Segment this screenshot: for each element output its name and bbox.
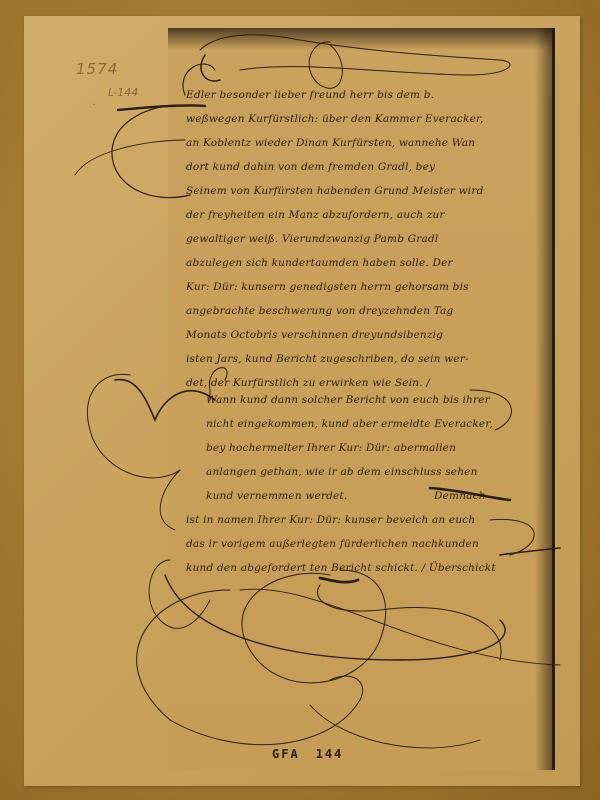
text-line: ist in namen Ihrer Kur: Dür: kunser beve… bbox=[186, 514, 475, 526]
text-line: anlangen gethan, wie ir ab dem einschlus… bbox=[206, 466, 478, 478]
text-line: isten Jars, kund Bericht zugeschriben, d… bbox=[186, 353, 469, 365]
text-line: Demnach bbox=[434, 490, 486, 502]
text-line: Seinem von Kurfürsten habenden Grund Mei… bbox=[186, 185, 484, 197]
text-line: kund den abgefordert ten Bericht schickt… bbox=[186, 562, 496, 574]
text-line: gewaltiger weiß. Vierundzwanzig Pamb Gra… bbox=[186, 233, 438, 245]
text-line: abzulegen sich kundertaumden haben solle… bbox=[186, 257, 453, 269]
stamp-number: 144 bbox=[316, 747, 344, 761]
text-line: an Koblentz wieder Dinan Kurfürsten, wan… bbox=[186, 137, 475, 149]
text-line: nicht eingekommen, kund aber ermeldte Ev… bbox=[206, 418, 493, 430]
text-line: der freyheiten ein Manz abzufordern, auc… bbox=[186, 209, 445, 221]
text-line: Wann kund dann solcher Bericht von euch … bbox=[206, 394, 490, 406]
text-line: Edler besonder lieber freund herr bis de… bbox=[186, 89, 434, 101]
text-line: bey hochermelter Ihrer Kur: Dür: abermal… bbox=[206, 442, 456, 454]
text-line: angebrachte beschwerung von dreyzehnden … bbox=[186, 305, 453, 317]
archive-stamp: GFA144 bbox=[272, 747, 359, 761]
stamp-prefix: GFA bbox=[272, 747, 300, 761]
text-line: Kur: Dür: kunsern genedigsten herrn geho… bbox=[186, 281, 469, 293]
text-line: Monats Octobris verschinnen dreyundsiben… bbox=[186, 329, 443, 341]
text-line: det, der Kurfürstlich zu erwirken wie Se… bbox=[186, 377, 430, 389]
photo-background: 1574 L-144 · bbox=[0, 0, 600, 800]
text-line: weßwegen Kurfürstlich: über den Kammer E… bbox=[186, 113, 484, 125]
text-line: das ir vorigem außerlegten fürderlichen … bbox=[186, 538, 479, 550]
text-line: dort kund dahin von dem fremden Gradl, b… bbox=[186, 161, 435, 173]
text-line: kund vernemmen werdet. bbox=[206, 490, 347, 502]
